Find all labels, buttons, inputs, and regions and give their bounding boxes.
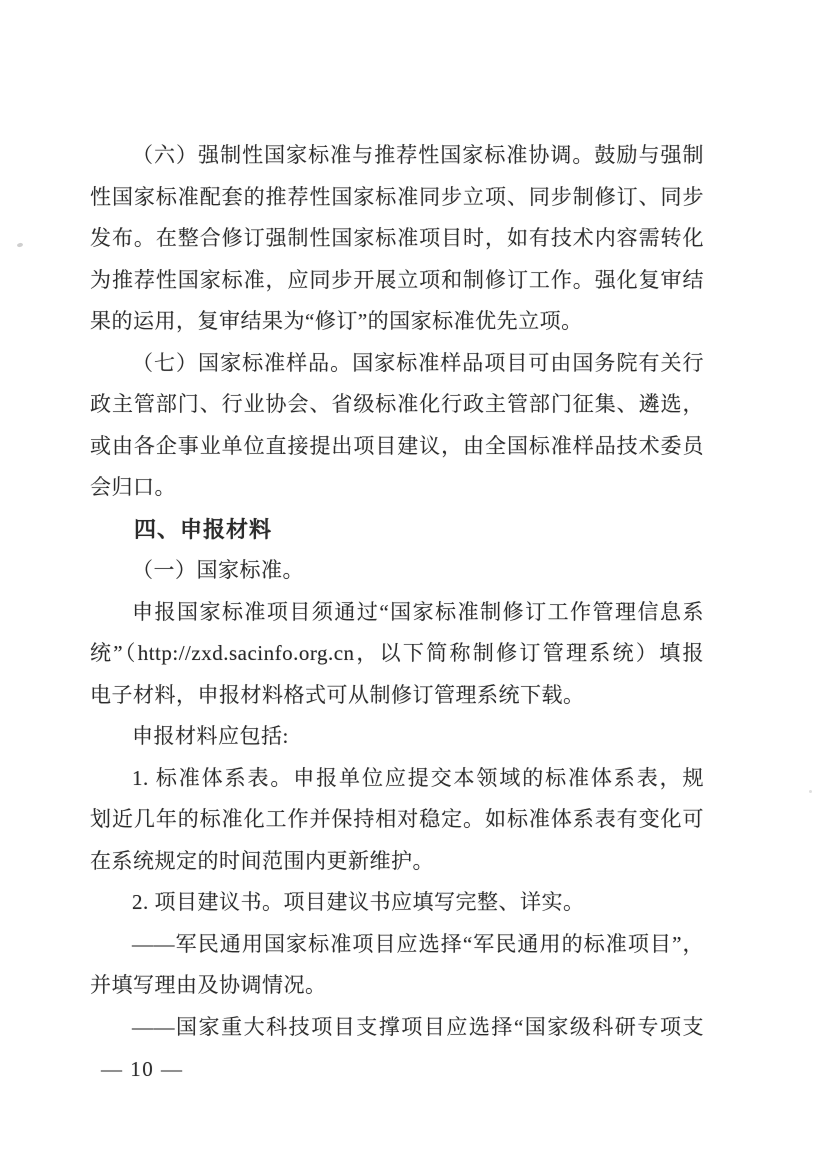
- text-line: （一）国家标准。: [90, 550, 704, 592]
- paragraph: 申报材料应包括:: [90, 716, 704, 758]
- paragraph: （六）强制性国家标准与推荐性国家标准协调。鼓励与强制 性国家标准配套的推荐性国家…: [90, 135, 704, 343]
- paragraph: （一）国家标准。: [90, 550, 704, 592]
- paragraph: （七）国家标准样品。国家标准样品项目可由国务院有关行 政主管部门、行业协会、省级…: [90, 343, 704, 509]
- text-line: 会归口。: [90, 467, 704, 509]
- paragraph: ——军民通用国家标准项目应选择“军民通用的标准项目”， 并填写理由及协调情况。: [90, 924, 704, 1007]
- text-line: 为推荐性国家标准，应同步开展立项和制修订工作。强化复审结: [90, 260, 704, 302]
- text-line: 并填写理由及协调情况。: [90, 965, 704, 1007]
- text-line: 发布。在整合修订强制性国家标准项目时，如有技术内容需转化: [90, 218, 704, 260]
- text-line: 在系统规定的时间范围内更新维护。: [90, 841, 704, 883]
- text-line: 果的运用，复审结果为“修订”的国家标准优先立项。: [90, 301, 704, 343]
- page-number: — 10 —: [101, 1056, 184, 1082]
- text-line: ——国家重大科技项目支撑项目应选择“国家级科研专项支: [90, 1007, 704, 1049]
- document-content: （六）强制性国家标准与推荐性国家标准协调。鼓励与强制 性国家标准配套的推荐性国家…: [90, 135, 704, 1048]
- text-line: 性国家标准配套的推荐性国家标准同步立项、同步制修订、同步: [90, 177, 704, 219]
- text-line: 申报国家标准项目须通过“国家标准制修订工作管理信息系: [90, 592, 704, 634]
- paragraph: 2. 项目建议书。项目建议书应填写完整、详实。: [90, 882, 704, 924]
- text-line: 电子材料，申报材料格式可从制修订管理系统下载。: [90, 675, 704, 717]
- text-line: （七）国家标准样品。国家标准样品项目可由国务院有关行: [90, 343, 704, 385]
- text-line: 划近几年的标准化工作并保持相对稳定。如标准体系表有变化可: [90, 799, 704, 841]
- text-line: 2. 项目建议书。项目建议书应填写完整、详实。: [90, 882, 704, 924]
- text-line-with-url: 统”（http://zxd.sacinfo.org.cn，以下简称制修订管理系统…: [90, 633, 704, 675]
- scan-artifact-speck: [17, 242, 24, 247]
- text-line: （六）强制性国家标准与推荐性国家标准协调。鼓励与强制: [90, 135, 704, 177]
- document-page: （六）强制性国家标准与推荐性国家标准协调。鼓励与强制 性国家标准配套的推荐性国家…: [0, 0, 820, 1162]
- section-heading: 四、申报材料: [90, 509, 704, 551]
- paragraph: 申报国家标准项目须通过“国家标准制修订工作管理信息系 统”（http://zxd…: [90, 592, 704, 717]
- text-line: ——军民通用国家标准项目应选择“军民通用的标准项目”，: [90, 924, 704, 966]
- text-line: 申报材料应包括:: [90, 716, 704, 758]
- text-line: 1. 标准体系表。申报单位应提交本领域的标准体系表，规: [90, 758, 704, 800]
- paragraph: 1. 标准体系表。申报单位应提交本领域的标准体系表，规 划近几年的标准化工作并保…: [90, 758, 704, 883]
- text-line: 或由各企事业单位直接提出项目建议，由全国标准样品技术委员: [90, 426, 704, 468]
- text-line: 政主管部门、行业协会、省级标准化行政主管部门征集、遴选，: [90, 384, 704, 426]
- scan-artifact-speck: [809, 790, 812, 793]
- paragraph: 四、申报材料: [90, 509, 704, 551]
- paragraph: ——国家重大科技项目支撑项目应选择“国家级科研专项支: [90, 1007, 704, 1049]
